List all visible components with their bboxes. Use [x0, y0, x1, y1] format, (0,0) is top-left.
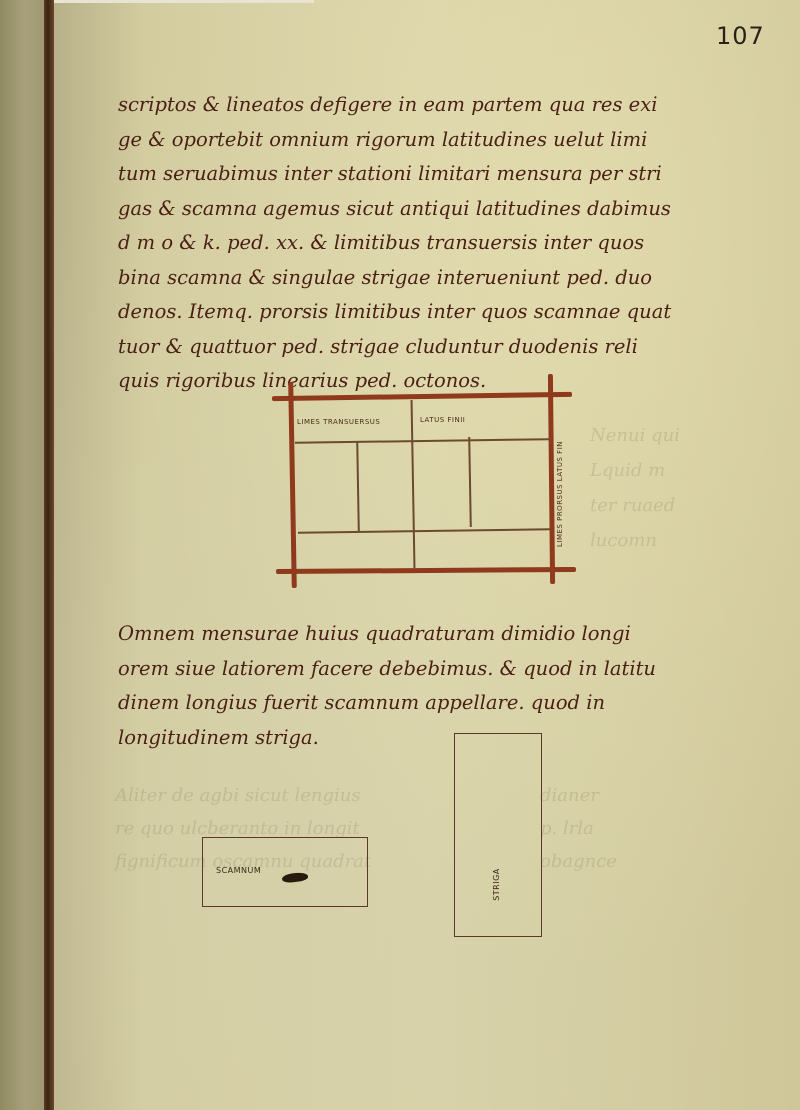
show-through-text: p. lrla [540, 818, 594, 839]
text-line: gas & scamna agemus sicut antiqui latitu… [118, 192, 658, 227]
label-limes-transuersus: LIMES TRANSUERSUS [297, 418, 380, 426]
folio-number: 107 [716, 22, 765, 50]
text-paragraph-1: scriptos & lineatos defigere in eam part… [118, 88, 658, 399]
text-line: orem siue latiorem facere debebimus. & q… [118, 652, 658, 687]
page-top-edge [54, 0, 314, 3]
scamnum-label: SCAMNUM [216, 866, 261, 875]
show-through-text: dianer [540, 785, 599, 806]
show-through-text: Nenui qui [590, 425, 680, 446]
text-paragraph-2: Omnem mensurae huius quadraturam dimidio… [118, 617, 658, 755]
centuriation-grid-diagram: LIMES TRANSUERSUS LATUS FINII LIMES PROR… [270, 370, 590, 590]
show-through-text: Aliter de agbi sicut lengius [115, 785, 361, 806]
label-latus-finii: LATUS FINII [420, 416, 465, 424]
grid-line [411, 400, 415, 568]
show-through-text: obagnce [540, 851, 617, 872]
show-through-text: Lquid m [590, 460, 665, 481]
text-line: tuor & quattuor ped. strigae cluduntur d… [118, 330, 658, 365]
striga-label: STRIGA [492, 868, 501, 901]
text-line: Omnem mensurae huius quadraturam dimidio… [118, 617, 658, 652]
binding-gutter [44, 0, 54, 1110]
text-line: longitudinem striga. [118, 721, 658, 756]
rule-top [272, 392, 572, 401]
text-line: dinem longius fuerit scamnum appellare. … [118, 686, 658, 721]
text-line: d m o & k. ped. xx. & limitibus transuer… [118, 226, 658, 261]
text-line: ge & oportebit omnium rigorum latitudine… [118, 123, 658, 158]
grid-line [468, 437, 471, 527]
text-line: denos. Itemq. prorsis limitibus inter qu… [118, 295, 658, 330]
label-limes-prorsus: LIMES PRORSUS LATUS FIN [556, 429, 564, 559]
grid-line [356, 441, 359, 531]
show-through-text: lucomn [590, 530, 657, 551]
grid-line [295, 438, 549, 443]
rule-left [288, 382, 297, 588]
striga-diagram [454, 733, 542, 937]
text-line: scriptos & lineatos defigere in eam part… [118, 88, 658, 123]
rule-bottom [276, 567, 576, 574]
show-through-text: ter ruaed [590, 495, 675, 516]
rule-right [548, 374, 555, 584]
grid-line [298, 528, 550, 533]
text-line: tum seruabimus inter stationi limitari m… [118, 157, 658, 192]
facing-page-edge [0, 0, 50, 1110]
text-line: bina scamna & singulae strigae interueni… [118, 261, 658, 296]
show-through-text: re quo ulcberanto in longit [115, 818, 360, 839]
